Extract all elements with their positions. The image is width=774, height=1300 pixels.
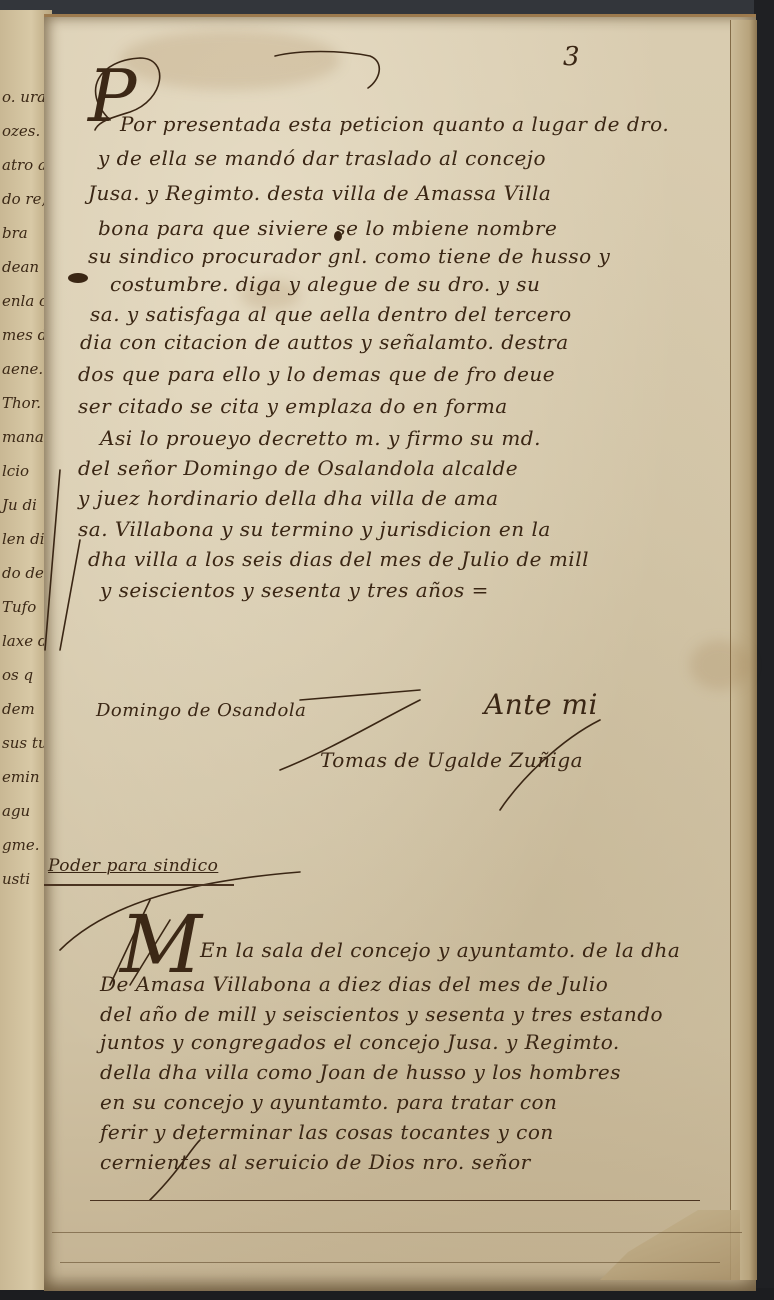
power-line: del año de mill y seiscientos y sesenta …: [100, 1002, 663, 1026]
decree-line: costumbre. diga y alegue de su dro. y su: [110, 272, 540, 296]
power-line: cernientes al seruicio de Dios nro. seño…: [100, 1150, 531, 1174]
decree-line: bona para que siviere se lo mbiene nombr…: [98, 216, 557, 240]
decree-line: Asi lo proueyo decretto m. y firmo su md…: [100, 426, 541, 450]
rubric-signature: Ante mi: [484, 688, 598, 721]
decree-line: sa. y satisfaga al que aella dentro del …: [90, 302, 572, 326]
decree-line: dia con citacion de auttos y señalamto. …: [80, 330, 569, 354]
power-line: della dha villa como Joan de husso y los…: [100, 1060, 621, 1084]
section-heading: Poder para sindico: [48, 856, 218, 876]
decree-line: y juez hordinario della dha villa de ama: [78, 486, 499, 510]
power-line: en su concejo y ayuntamto. para tratar c…: [100, 1090, 557, 1114]
heading-underline: [44, 884, 234, 886]
decree-line: sa. Villabona y su termino y jurisdicion…: [78, 517, 551, 541]
alcalde-signature: Domingo de Osandola: [96, 700, 306, 721]
decree-line: su sindico procurador gnl. como tiene de…: [88, 244, 610, 268]
escribano-signature: Tomas de Ugalde Zuñiga: [320, 748, 583, 772]
power-line: ferir y determinar las cosas tocantes y …: [100, 1120, 554, 1144]
decree-line: Jusa. y Regimto. desta villa de Amassa V…: [88, 181, 551, 205]
power-line: De Amasa Villabona a diez dias del mes d…: [100, 972, 608, 996]
decree-line: y de ella se mandó dar traslado al conce…: [98, 146, 546, 170]
decree-line: Por presentada esta peticion quanto a lu…: [120, 112, 669, 136]
closing-line: [90, 1200, 700, 1201]
power-line: juntos y congregados el concejo Jusa. y …: [100, 1030, 620, 1054]
power-line: En la sala del concejo y ayuntamto. de l…: [200, 938, 680, 962]
decree-line: y seiscientos y sesenta y tres años =: [100, 578, 489, 602]
decree-line: dha villa a los seis dias del mes de Jul…: [88, 547, 589, 571]
decree-line: del señor Domingo de Osalandola alcalde: [78, 456, 518, 480]
decree-line: dos que para ello y lo demas que de fro …: [78, 362, 555, 386]
decree-line: ser citado se cita y emplaza do en forma: [78, 394, 508, 418]
